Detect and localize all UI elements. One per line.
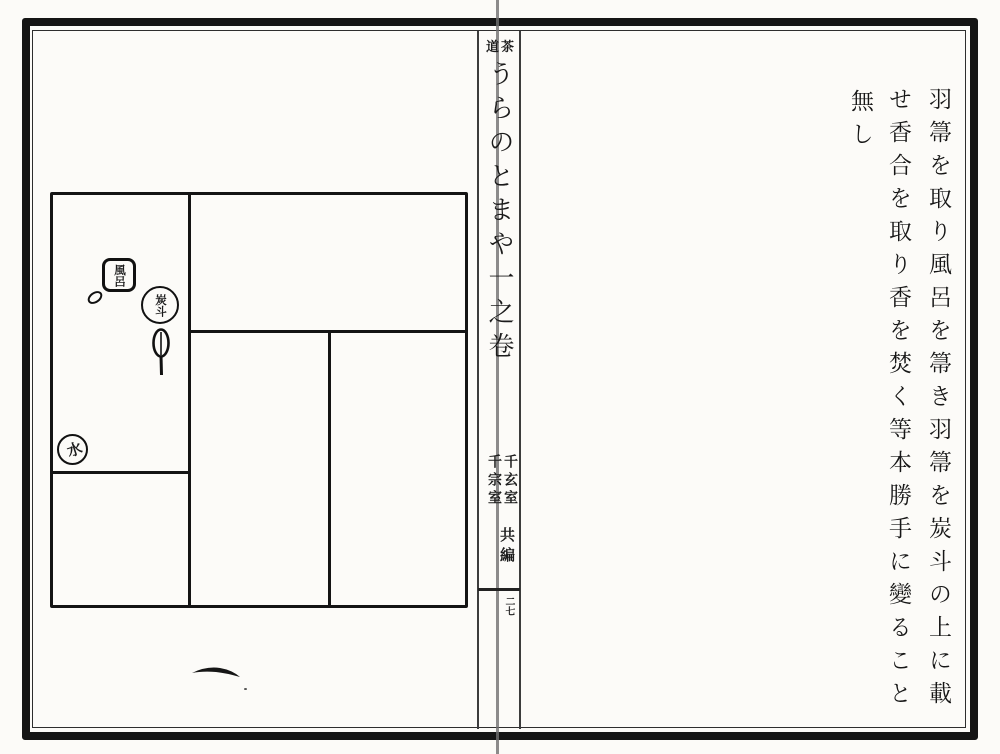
diagram-mat-line-horizontal-lower [52, 471, 188, 474]
text-column: 無し [847, 89, 873, 155]
spine-page-number: 二七 [501, 597, 515, 616]
spine-title: うらのとまや一之卷 [483, 60, 515, 390]
spine-rule-left [477, 31, 479, 729]
spine-coedit-label: 共編 [497, 527, 515, 567]
spine-editors: 千玄室 千宗室 [485, 454, 517, 529]
brazier-mark: 風呂 [102, 258, 136, 292]
charcoal-basket-mark: 炭斗 [141, 286, 179, 324]
series-char: 道 [486, 36, 499, 55]
diagram-border [50, 192, 468, 608]
series-char: 茶 [501, 36, 514, 55]
water-jar-mark: 水 [57, 434, 88, 465]
spine-divider-line [478, 588, 520, 591]
editor-name: 千宗室 [485, 454, 501, 529]
ink-smudge [190, 664, 244, 682]
diagram-mat-line-vertical-right [328, 333, 331, 606]
charcoal-basket-label: 炭斗 [154, 294, 166, 317]
ink-dot [244, 688, 247, 690]
feather-brush-icon [151, 328, 171, 378]
water-jar-label: 水 [64, 441, 80, 459]
text-column: せ香合を取り香を焚く等本勝手に變ること [885, 87, 911, 714]
brazier-label: 風呂 [113, 264, 125, 287]
text-column: 羽箒を取り風呂を箒き羽箒を炭斗の上に載 [925, 87, 951, 714]
editor-name: 千玄室 [501, 454, 517, 529]
spine-rule-right [519, 31, 521, 729]
spine-series-label: 茶 道 [480, 36, 520, 55]
diagram-mat-line-vertical-left [188, 194, 191, 606]
floor-plan-diagram: 風呂 炭斗 水 [50, 192, 468, 608]
